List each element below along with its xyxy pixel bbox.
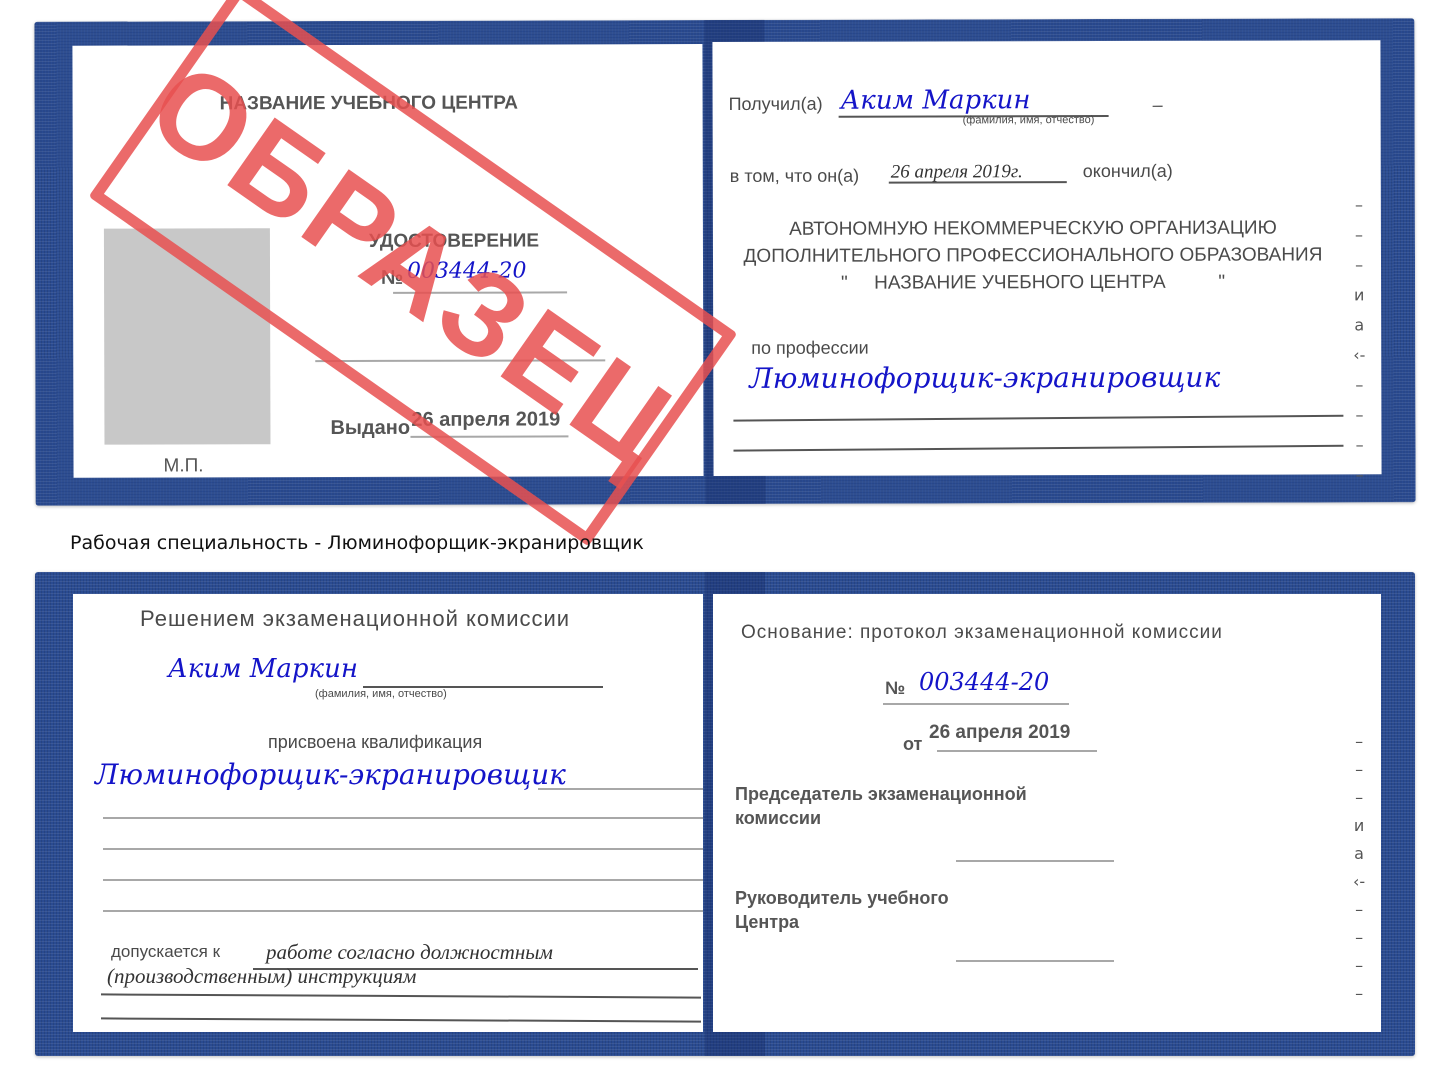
recipient-name: Аким Маркин [841,85,1031,115]
head-label-line-2: Центра [735,912,799,933]
certificate-left-page: НАЗВАНИЕ УЧЕБНОГО ЦЕНТРА УДОСТОВЕРЕНИЕ №… [72,44,703,478]
protocol-number: 003444-20 [919,668,1049,696]
blank-line [315,359,605,362]
profession-label: по профессии [751,338,869,359]
org-line-1: АВТОНОМНУЮ НЕКОММЕРЧЕСКУЮ ОРГАНИЗАЦИЮ [713,217,1353,241]
certificate-right-page: Получил(а) Аким Маркин – (фамилия, имя, … [712,40,1381,476]
org-line-2: ДОПОЛНИТЕЛЬНОГО ПРОФЕССИОНАЛЬНОГО ОБРАЗО… [713,244,1353,268]
completed-suffix: окончил(а) [1083,161,1173,182]
chairman-signature-line [956,860,1114,862]
completed-prefix: в том, что он(а) [730,166,859,187]
admitted-line-2: (производственным) инструкциям [107,964,416,989]
chairman-label-line-1: Председатель экзаменационной [735,784,1027,805]
qualification-line-5 [103,910,703,912]
profession-line-2 [733,445,1343,451]
qualification-label: присвоена квалификация [268,732,482,753]
seal-label: М.П. [164,455,204,477]
bleed-through-marks: ––– иа‹- –––– [1353,728,1365,1008]
name-hint: (фамилия, имя, отчество) [963,114,1095,126]
certificate-inner-right-page: Основание: протокол экзаменационной коми… [713,594,1381,1032]
qualification-value: Люминофорщик-экранировщик [95,758,566,791]
basis-title: Основание: протокол экзаменационной коми… [741,622,1223,644]
certificate-cover-bottom: Решением экзаменационной комиссии Аким М… [35,572,1415,1056]
profession-line-1 [733,415,1343,421]
qualification-line-1 [538,788,703,790]
received-label: Получил(а) [729,94,823,115]
admitted-underline-3 [101,1017,701,1022]
completion-date: 26 апреля 2019г. [891,161,1023,183]
issued-label: Выдано [330,417,410,440]
chairman-label-line-2: комиссии [735,808,821,829]
dash: – [1153,95,1163,116]
protocol-date: 26 апреля 2019 [929,722,1070,744]
profession-value: Люминофорщик-экранировщик [749,361,1220,395]
number-label: № [381,267,403,290]
document-title: УДОСТОВЕРЕНИЕ [369,230,539,252]
person-name: Аким Маркин [168,654,358,684]
decision-title: Решением экзаменационной комиссии [140,606,570,632]
qualification-line-2 [103,817,703,819]
certificate-cover-top: НАЗВАНИЕ УЧЕБНОГО ЦЕНТРА УДОСТОВЕРЕНИЕ №… [34,18,1415,506]
head-label-line-1: Руководитель учебного [735,888,949,909]
completion-date-underline [889,181,1067,183]
bleed-through-marks: ––– иа‹- –––– [1353,190,1366,490]
training-center-name: НАЗВАНИЕ УЧЕБНОГО ЦЕНТРА [220,93,518,116]
admitted-line-1: работе согласно должностным [266,940,553,965]
issued-underline [410,435,568,437]
protocol-date-label: от [903,734,922,755]
admitted-underline-2 [101,993,701,998]
number-underline [393,291,567,293]
certificate-inner-left-page: Решением экзаменационной комиссии Аким М… [73,594,703,1032]
admitted-label: допускается к [111,942,220,962]
certificate-number: 003444-20 [407,259,526,284]
protocol-number-underline [883,703,1069,705]
qualification-line-3 [103,848,703,850]
org-line-3: " НАЗВАНИЕ УЧЕБНОГО ЦЕНТРА " [713,271,1353,295]
protocol-date-underline [937,750,1097,752]
protocol-number-label: № [885,678,905,699]
qualification-line-4 [103,879,703,881]
name-hint: (фамилия, имя, отчество) [315,688,447,700]
issued-date: 26 апреля 2019 [411,408,560,431]
head-signature-line [956,960,1114,962]
photo-placeholder [104,228,271,444]
specialty-caption: Рабочая специальность - Люминофорщик-экр… [70,532,644,554]
